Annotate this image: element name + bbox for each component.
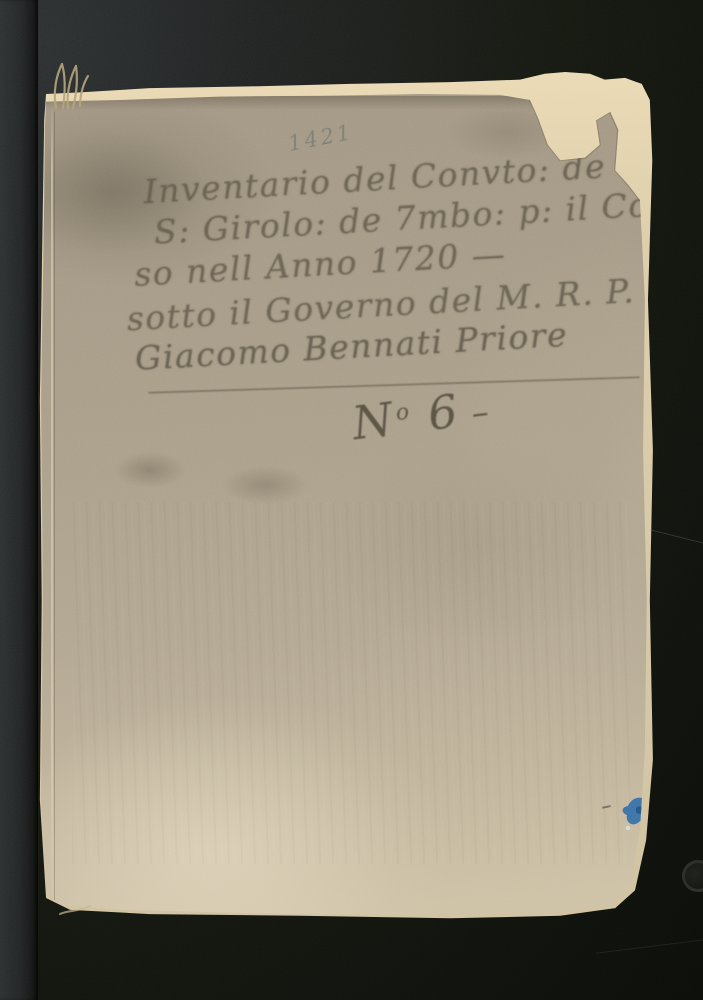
book-front-cover: 1421 Inventario del Convto: de S: Girolo… bbox=[38, 72, 656, 920]
number-value: 6 bbox=[425, 383, 465, 441]
spine-crease-shadow bbox=[54, 112, 55, 900]
manuscript-book: 1421 Inventario del Convto: de S: Girolo… bbox=[38, 72, 656, 920]
cover-striations bbox=[72, 502, 630, 864]
spine-crease-line bbox=[51, 102, 53, 908]
bottom-thread-icon bbox=[58, 902, 92, 916]
background-scratch bbox=[649, 529, 703, 544]
number-superscript: o bbox=[394, 400, 410, 426]
blue-ink-mark bbox=[616, 790, 662, 842]
number-label: N bbox=[349, 391, 400, 450]
background-scratch bbox=[596, 939, 703, 953]
background-left-band bbox=[0, 0, 38, 1000]
photo: 1421 Inventario del Convto: de S: Girolo… bbox=[0, 0, 703, 1000]
background-screw-head bbox=[682, 860, 703, 892]
binding-threads-icon bbox=[44, 54, 100, 110]
